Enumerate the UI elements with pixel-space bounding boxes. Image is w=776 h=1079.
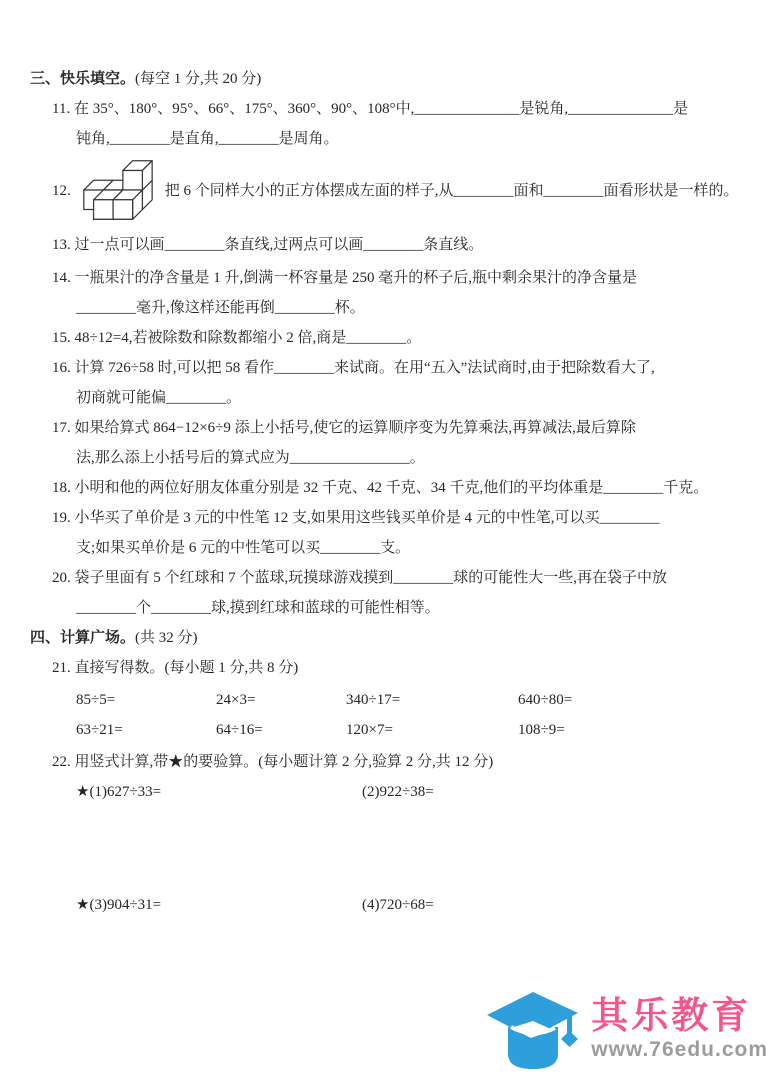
mental-math-item: 108÷9= xyxy=(518,715,776,745)
question-21-intro: 21. 直接写得数。(每小题 1 分,共 8 分) xyxy=(52,653,776,683)
mental-math-item: 63÷21= xyxy=(76,715,216,745)
question-14-line-2: ________毫升,像这样还能再倒________杯。 xyxy=(76,293,776,323)
question-22-row-2: ★(3)904÷31= (4)720÷68= xyxy=(76,890,776,920)
question-19-line-1: 19. 小华买了单价是 3 元的中性笔 12 支,如果用这些钱买单价是 4 元的… xyxy=(52,503,776,533)
question-14-line-1: 14. 一瓶果汁的净含量是 1 升,倒满一杯容量是 250 毫升的杯子后,瓶中剩… xyxy=(52,263,776,293)
question-11-line-1: 11. 在 35°、180°、95°、66°、175°、360°、90°、108… xyxy=(52,94,776,124)
question-19-line-2: 支;如果买单价是 6 元的中性笔可以买________支。 xyxy=(76,533,776,563)
brand-block: 其乐教育 www.76edu.com xyxy=(591,995,768,1061)
question-12-text: 把 6 个同样大小的正方体摆成左面的样子,从________面和________… xyxy=(165,176,739,206)
question-21-row-2: 63÷21= 64÷16= 120×7= 108÷9= xyxy=(76,715,776,745)
section-fill-title: 三、快乐填空。 xyxy=(30,71,135,87)
brand-url: www.76edu.com xyxy=(591,1038,768,1061)
brand-name: 其乐教育 xyxy=(591,995,751,1038)
section-calc-heading: 四、计算广场。(共 32 分) xyxy=(30,623,776,653)
mental-math-item: 340÷17= xyxy=(346,685,518,715)
mental-math-item: 24×3= xyxy=(216,685,346,715)
mental-math-item: 85÷5= xyxy=(76,685,216,715)
question-16-line-1: 16. 计算 726÷58 时,可以把 58 看作________来试商。在用“… xyxy=(52,353,776,383)
section-calc-title: 四、计算广场。 xyxy=(30,630,135,646)
question-22-intro: 22. 用竖式计算,带★的要验算。(每小题计算 2 分,验算 2 分,共 12 … xyxy=(52,747,776,777)
graduation-cap-icon xyxy=(481,983,581,1073)
column-calc-item: (4)720÷68= xyxy=(362,890,434,920)
question-13: 13. 过一点可以画________条直线,过两点可以画________条直线。 xyxy=(52,230,776,260)
question-20-line-1: 20. 袋子里面有 5 个红球和 7 个蓝球,玩摸球游戏摸到________球的… xyxy=(52,563,776,593)
question-22-row-1: ★(1)627÷33= (2)922÷38= xyxy=(76,777,776,807)
question-15: 15. 48÷12=4,若被除数和除数都缩小 2 倍,商是________。 xyxy=(52,323,776,353)
mental-math-item: 120×7= xyxy=(346,715,518,745)
footer-logo: 其乐教育 www.76edu.com xyxy=(481,983,768,1073)
question-16-line-2: 初商就可能偏________。 xyxy=(76,383,776,413)
question-17-line-1: 17. 如果给算式 864−12×6÷9 添上小括号,使它的运算顺序变为先算乘法… xyxy=(52,413,776,443)
section-fill-heading: 三、快乐填空。(每空 1 分,共 20 分) xyxy=(30,64,776,94)
exam-paper-page: 三、快乐填空。(每空 1 分,共 20 分) 11. 在 35°、180°、95… xyxy=(0,0,776,1079)
question-12: 12. 把 6 个同样大小的正方体摆成左面的样子,从________面和____… xyxy=(52,156,776,226)
question-20-line-2: ________个________球,摸到红球和蓝球的可能性相等。 xyxy=(76,593,776,623)
column-calc-item: (2)922÷38= xyxy=(362,777,434,807)
section-fill-note: (每空 1 分,共 20 分) xyxy=(135,71,261,87)
question-17-line-2: 法,那么添上小括号后的算式应为________________。 xyxy=(76,443,776,473)
cube-figure xyxy=(76,158,158,224)
column-calc-item: ★(3)904÷31= xyxy=(76,890,362,920)
question-18: 18. 小明和他的两位好朋友体重分别是 32 千克、42 千克、34 千克,他们… xyxy=(52,473,776,503)
section-calc-note: (共 32 分) xyxy=(135,630,198,646)
exam-content: 三、快乐填空。(每空 1 分,共 20 分) 11. 在 35°、180°、95… xyxy=(0,0,776,920)
mental-math-item: 640÷80= xyxy=(518,685,776,715)
mental-math-item: 64÷16= xyxy=(216,715,346,745)
column-calc-item: ★(1)627÷33= xyxy=(76,777,362,807)
question-11-line-2: 钝角,________是直角,________是周角。 xyxy=(76,124,776,154)
question-21-row-1: 85÷5= 24×3= 340÷17= 640÷80= xyxy=(76,685,776,715)
question-12-number: 12. xyxy=(52,176,71,206)
